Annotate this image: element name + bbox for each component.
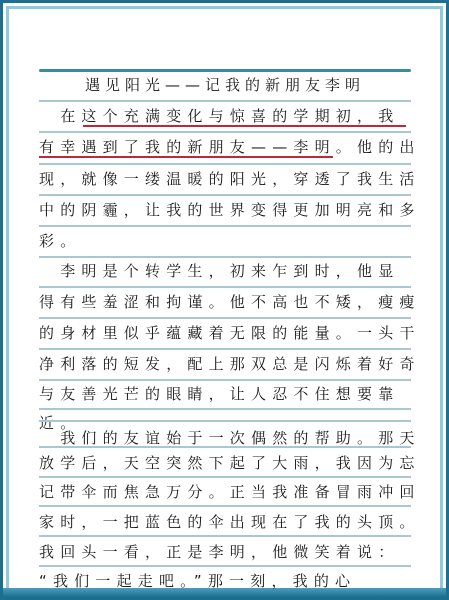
text-line: 在这个充满变化与惊喜的学期初，我 bbox=[39, 106, 411, 126]
text-line: 彩。 bbox=[39, 231, 411, 251]
highlight-underline bbox=[83, 125, 406, 127]
text-line: 中的阴霾，让我的世界变得更加明亮和多 bbox=[39, 200, 411, 220]
rule bbox=[39, 408, 411, 410]
essay-title: 遇见阳光——记我的新朋友李明 bbox=[39, 75, 411, 95]
lined-paper: 遇见阳光——记我的新朋友李明 在这个充满变化与惊喜的学期初，我 有幸遇到了我的新… bbox=[39, 3, 411, 600]
rule bbox=[39, 379, 411, 381]
text-line: 我回头一看，正是李明，他微笑着说： bbox=[39, 542, 411, 562]
rule bbox=[39, 256, 411, 258]
rule bbox=[39, 317, 411, 319]
rule bbox=[39, 194, 411, 196]
rule bbox=[39, 348, 411, 350]
text-line: 家时，一把蓝色的伞出现在了我的头顶。 bbox=[39, 512, 411, 532]
text-line: 的身材里似乎蕴藏着无限的能量。一头干 bbox=[39, 323, 411, 343]
page-frame: 遇见阳光——记我的新朋友李明 在这个充满变化与惊喜的学期初，我 有幸遇到了我的新… bbox=[0, 0, 449, 600]
rule bbox=[39, 225, 411, 227]
rule bbox=[39, 420, 411, 422]
text-line: “我们一起走吧。”那一刻，我的心 bbox=[39, 571, 411, 591]
highlight-underline bbox=[39, 156, 333, 158]
text-line: 与友善光芒的眼睛，让人忍不住想要靠 bbox=[39, 384, 411, 404]
text-line: 得有些羞涩和拘谨。他不高也不矮，瘦瘦 bbox=[39, 292, 411, 312]
text-line: 净利落的短发，配上那双总是闪烁着好奇 bbox=[39, 354, 411, 374]
rule bbox=[39, 286, 411, 288]
rule bbox=[39, 476, 411, 478]
rule bbox=[39, 131, 411, 133]
text-line: 我们的友谊始于一次偶然的帮助。那天 bbox=[39, 428, 411, 448]
text-line: 李明是个转学生，初来乍到时，他显 bbox=[39, 261, 411, 281]
rule bbox=[39, 505, 411, 507]
rule bbox=[39, 163, 411, 165]
rule bbox=[39, 565, 411, 567]
top-rule bbox=[39, 69, 411, 72]
rule bbox=[39, 446, 411, 448]
rule bbox=[39, 535, 411, 537]
text-line: 有幸遇到了我的新朋友——李明。他的出 bbox=[39, 137, 411, 157]
rule bbox=[39, 100, 411, 102]
text-line: 记带伞而焦急万分。正当我准备冒雨冲回 bbox=[39, 482, 411, 502]
text-line: 放学后，天空突然下起了大雨，我因为忘 bbox=[39, 453, 411, 473]
text-line: 现，就像一缕温暖的阳光，穿透了我生活 bbox=[39, 169, 411, 189]
